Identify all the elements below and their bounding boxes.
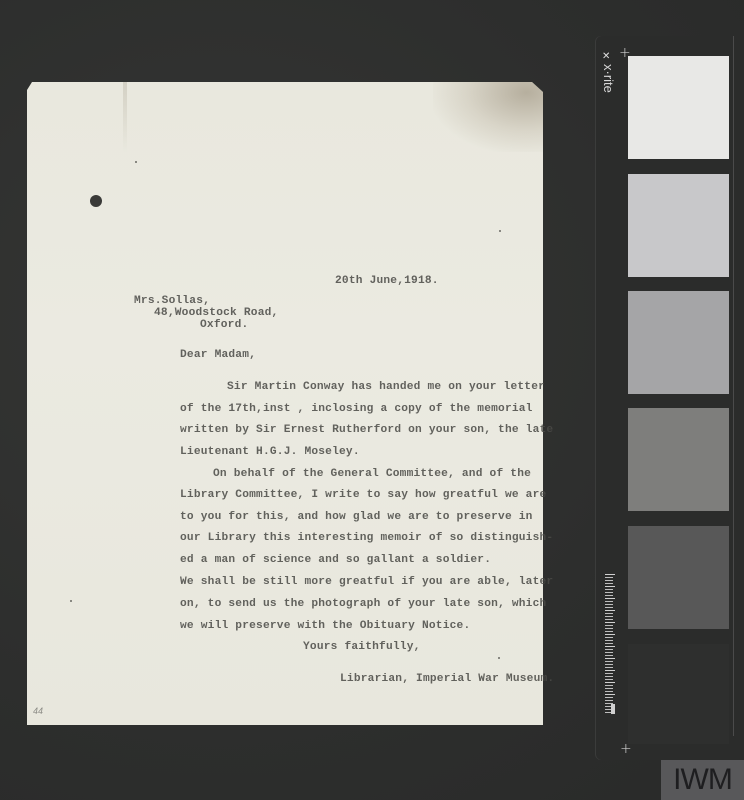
ruler-major-ticks [605, 574, 615, 704]
body-line: ed a man of science and so gallant a sol… [180, 554, 491, 567]
body-line: Lieutenant H.G.J. Moseley. [180, 446, 360, 459]
paper-fold [123, 82, 127, 152]
gray-patch-black [628, 644, 729, 744]
body-line: of the 17th,inst , inclosing a copy of t… [180, 403, 533, 416]
body-line: Sir Martin Conway has handed me on your … [227, 381, 545, 394]
signature: Librarian, Imperial War Museum. [340, 673, 554, 686]
body-line: our Library this interesting memoir of s… [180, 532, 553, 545]
paper-speck [70, 600, 72, 602]
gray-patch-light [628, 174, 729, 277]
gray-patch-mid [628, 408, 729, 511]
letter-date: 20th June,1918. [335, 275, 439, 288]
recipient-city: Oxford. [200, 319, 248, 332]
gray-patch-white [628, 56, 729, 159]
iwm-watermark: IWM [661, 760, 744, 800]
body-line: we will preserve with the Obituary Notic… [180, 620, 470, 633]
gray-patch-mid-light [628, 291, 729, 394]
xrite-brand: ✕ x·rite [598, 52, 618, 112]
crosshair-icon: + [620, 742, 632, 756]
closing: Yours faithfully, [303, 641, 421, 654]
paper-speck [499, 230, 501, 232]
brand-label: x·rite [601, 64, 616, 93]
paper-speck [135, 161, 137, 163]
body-line: on, to send us the photograph of your la… [180, 598, 546, 611]
card-edge [733, 36, 734, 736]
paper-speck [498, 657, 500, 659]
salutation: Dear Madam, [180, 349, 256, 362]
paper-stain [433, 82, 543, 152]
body-line: On behalf of the General Committee, and … [213, 468, 531, 481]
body-line: We shall be still more greatful if you a… [180, 576, 553, 589]
body-line: Library Committee, I write to say how gr… [180, 489, 546, 502]
gray-patch-dark [628, 526, 729, 629]
body-line: written by Sir Ernest Rutherford on your… [180, 424, 553, 437]
ruler-end-mark [611, 704, 615, 714]
xrite-logo-icon: ✕ [602, 52, 612, 62]
punch-hole [90, 195, 102, 207]
body-line: to you for this, and how glad we are to … [180, 511, 533, 524]
pencil-page-number: 44 [33, 706, 43, 716]
